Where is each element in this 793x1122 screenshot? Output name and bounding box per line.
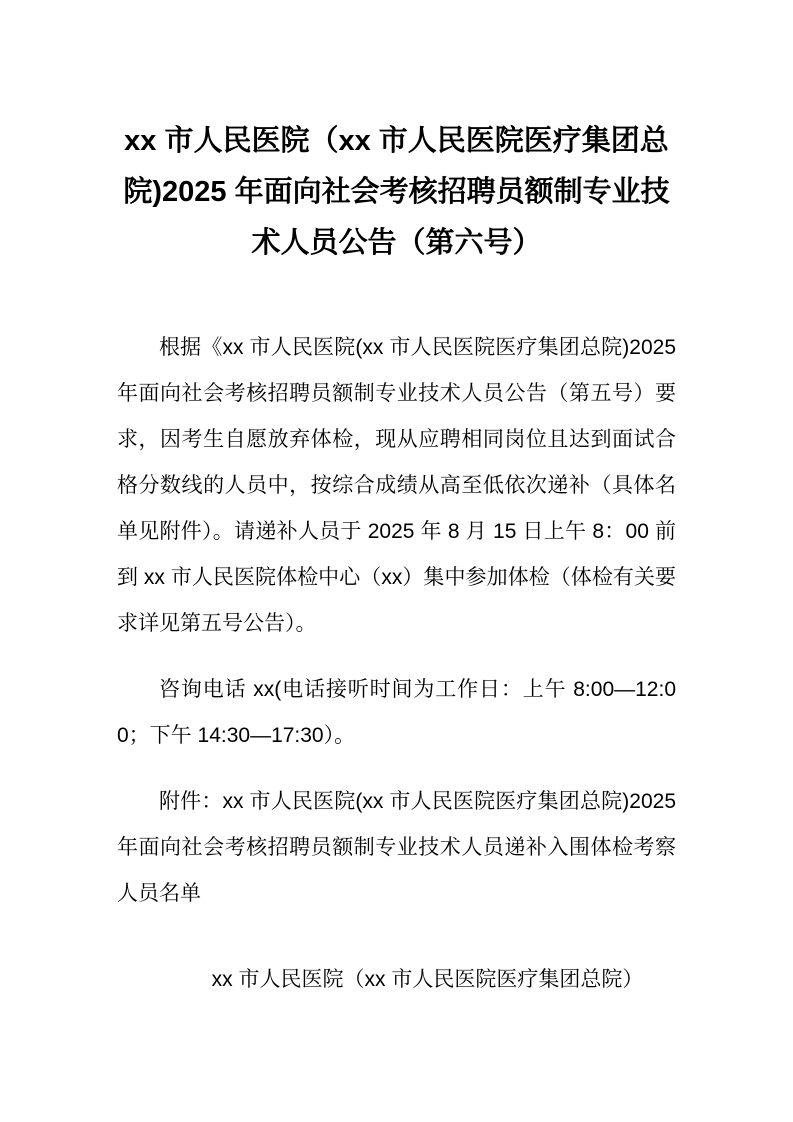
paragraph-contact-phone: 咨询电话 xx(电话接听时间为工作日：上午 8:00—12:00；下午 14:3… — [117, 667, 676, 759]
paragraph-recruitment-basis: 根据《xx 市人民医院(xx 市人民医院医疗集团总院)2025 年面向社会考核招… — [117, 325, 676, 647]
document-page: xx 市人民医院（xx 市人民医院医疗集团总 院)2025 年面向社会考核招聘员… — [0, 0, 793, 1122]
signature-issuer: xx 市人民医院（xx 市人民医院医疗集团总院） — [117, 957, 676, 1003]
document-title-line-3: 术人员公告（第六号） — [117, 218, 676, 269]
document-title-line-2: 院)2025 年面向社会考核招聘员额制专业技 — [117, 167, 676, 218]
document-title-line-1: xx 市人民医院（xx 市人民医院医疗集团总 — [117, 116, 676, 167]
document-title: xx 市人民医院（xx 市人民医院医疗集团总 院)2025 年面向社会考核招聘员… — [117, 116, 676, 269]
paragraph-attachment-note: 附件：xx 市人民医院(xx 市人民医院医疗集团总院)2025 年面向社会考核招… — [117, 779, 676, 917]
